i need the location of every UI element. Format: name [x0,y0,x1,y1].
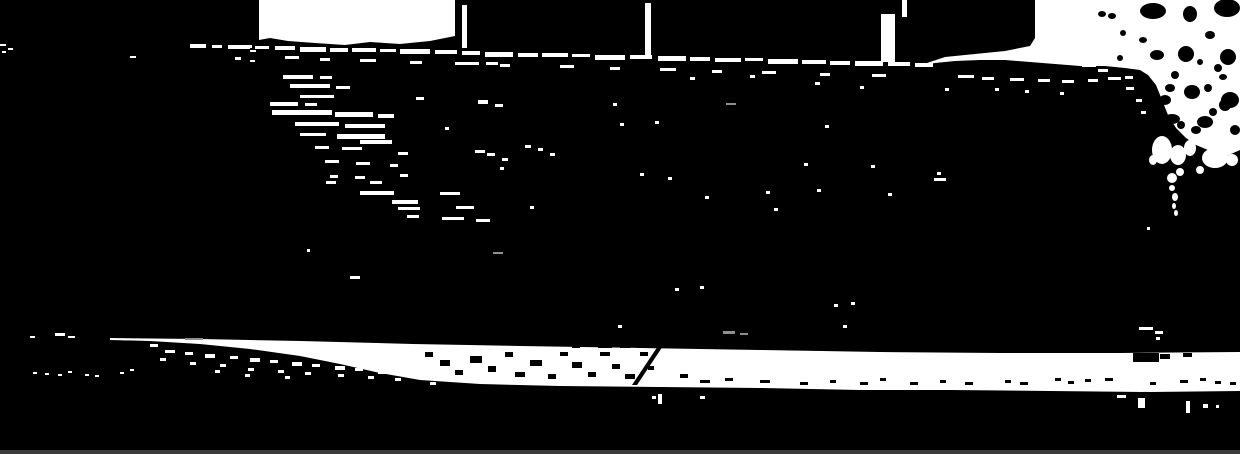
crest-highlight-dash [802,60,826,64]
face-streak [326,181,336,184]
band-hole [1180,380,1188,383]
rubble-patch [1226,154,1238,166]
rubble-patch [1170,145,1186,165]
face-streak [495,104,503,107]
left-edge-dash [85,374,89,376]
crest-secondary-dash [320,58,330,61]
face-streak [300,133,326,136]
noise-speck [860,86,864,89]
gray-dash [493,252,503,254]
crest-secondary-dash [560,65,574,68]
band-hole [470,356,482,363]
noise-speck [825,125,829,128]
face-streak [290,84,330,88]
face-streak [390,164,398,167]
band-mottle-dot [312,364,320,367]
rubble-patch [1169,185,1175,191]
crest-secondary-dash [610,67,620,70]
rubble-rock [1108,13,1116,19]
noise-speck [871,165,875,168]
band-mottle-dot [160,358,166,361]
noise-speck [750,75,755,78]
band-hole [455,370,463,375]
noise-speck [843,325,847,328]
face-streak [295,122,339,126]
crest-highlight-dash [915,63,933,67]
noise-speck [640,173,644,176]
slope-highlight-dash [1125,76,1133,79]
band-hole [725,378,733,381]
slope-highlight-dash [1060,92,1064,95]
band-mottle-dot [190,362,196,365]
noise-speck [550,153,555,156]
rubble-rock [1159,95,1171,105]
crest-highlight-dash [768,59,798,64]
noise-speck [445,127,449,130]
slope-highlight-dash [945,88,949,91]
slope-highlight-dash [1010,78,1024,81]
crest-highlight-dash [380,49,396,52]
pole-line [881,14,895,62]
slope-highlight-dash [995,88,999,91]
band-hole [860,382,868,385]
face-streak [487,153,495,156]
crest-highlight-dash [300,47,326,52]
noise-speck [1147,227,1150,230]
crest-highlight-dash [715,58,741,62]
crest-highlight-dash [542,53,568,57]
band-hole [620,345,630,348]
band-hole [1020,382,1028,385]
rubble-rock [1230,125,1240,135]
face-streak [305,103,317,106]
band-hole [600,352,610,356]
rubble-rock [1139,37,1147,43]
left-edge-dash [58,374,62,376]
rubble-rock [1219,99,1231,111]
rubble-rock [1177,121,1185,129]
face-streak [442,217,464,220]
rubble-patch [1174,210,1178,216]
face-streak [400,174,408,177]
crest-highlight-dash [690,57,710,61]
slope-highlight-dash [1126,87,1134,90]
band-hole [760,380,770,383]
rubble-rock [1204,84,1212,92]
face-streak [342,147,362,150]
below-band-mark [1203,404,1208,408]
rubble-rock [1220,49,1236,65]
crest-secondary-dash [410,61,422,64]
band-hole [625,374,635,379]
band-mottle-dot [292,362,302,366]
below-band-mark [1216,405,1219,408]
face-streak [476,219,490,222]
sky-gap [259,0,455,45]
noise-speck [690,77,695,80]
rubble-patch [1172,203,1176,209]
crest-secondary-dash [762,71,776,74]
band-hole [965,382,973,385]
crest-secondary-dash [872,74,886,77]
band-hole [515,372,525,377]
left-edge-dash [130,369,134,371]
gray-dash [726,103,736,105]
face-streak [475,150,485,153]
noise-speck [815,82,820,85]
band-hole [488,366,496,372]
rubble-rock [1191,126,1201,134]
band-hole [560,352,568,356]
face-streak [325,160,339,163]
rubble-rock [1120,30,1126,36]
crest-highlight-dash [255,46,269,49]
rubble-rock [1214,64,1222,72]
band-mottle-dot [368,376,374,379]
rubble-rock [1098,11,1106,17]
band-hole [505,352,513,357]
crest-highlight-dash [190,44,206,48]
left-edge-dash [0,44,6,46]
crest-highlight-dash [435,50,457,54]
bottom-border [0,450,1240,454]
rubble-rock [1165,84,1175,92]
face-streak [356,162,370,165]
crest-highlight-dash [330,48,348,52]
rubble-rock [1117,55,1123,61]
band-hole [1005,380,1011,383]
band-hole [1150,382,1156,385]
noise-speck [851,302,855,305]
noise-speck [655,121,659,124]
band-mottle-dot [245,374,250,377]
rubble-patch [1184,140,1196,156]
noise-speck [538,148,543,151]
crest-secondary-dash [660,68,676,71]
rubble-rock [1178,46,1194,62]
band-mottle-dot [430,382,436,385]
crest-highlight-dash [235,57,241,60]
rubble-rock [1171,71,1179,79]
band-hole [940,380,946,383]
band-hole [640,352,648,356]
below-band-mark [1186,401,1190,413]
band-mottle-dot [230,356,238,359]
noise-speck [613,103,617,106]
gray-dash [723,331,735,334]
rubble-rock [1209,108,1217,116]
face-streak [345,124,385,128]
left-edge-dash [68,371,72,373]
band-hole [440,360,450,366]
noise-speck [937,172,941,175]
crest-secondary-dash [500,64,510,67]
rubble-patch [1167,173,1177,183]
band-hole [588,372,596,377]
crest-highlight-dash [745,58,763,61]
slope-highlight-dash [958,75,974,78]
crest-highlight-dash [352,48,376,52]
noise-speck [525,145,531,148]
face-streak [478,100,488,104]
slope-highlight-dash [1062,80,1074,83]
band-hole [1183,353,1192,357]
below-band-mark [658,394,662,404]
rubble-rock [1148,96,1156,102]
band-hole [800,382,808,385]
noise-speck [804,163,808,166]
image-canvas [0,0,1240,454]
face-streak [337,134,385,139]
face-streak [330,175,338,178]
band-hole [572,345,580,348]
binarized-photograph [0,0,1240,454]
below-band-mark [1138,398,1145,408]
left-edge-dash [30,336,35,338]
face-streak [336,86,350,89]
rubble-patch [1149,155,1157,165]
noise-speck [1155,331,1163,334]
rubble-patch [1172,193,1178,201]
crest-highlight-dash [830,61,850,65]
face-streak [360,140,392,144]
slope-highlight-dash [1088,79,1098,82]
face-streak [370,181,382,184]
crest-highlight-dash [485,52,513,57]
left-edge-dash [33,372,37,374]
face-streak [283,75,313,79]
band-hole [1055,378,1061,381]
rubble-patch [1202,148,1228,168]
band-mottle-dot [250,358,260,362]
noise-speck [668,177,672,180]
face-streak [440,192,460,195]
slope-highlight-dash [1082,64,1096,67]
left-edge-dash [8,48,13,50]
gray-dash [185,338,203,340]
rubble-rock [1219,74,1227,80]
band-hole [910,382,918,385]
face-streak [456,206,474,209]
rubble-rock [1150,50,1164,60]
face-streak [463,62,479,65]
band-mottle-dot [150,344,158,347]
left-edge-dash [242,45,252,48]
left-edge-dash [95,375,99,377]
noise-speck [1156,337,1160,340]
band-hole [830,380,836,383]
face-streak [355,176,365,179]
face-streak [378,114,394,118]
band-hole [1160,354,1170,359]
band-mottle-dot [355,368,363,371]
below-band-mark [652,396,656,399]
band-hole [425,352,433,357]
band-mottle-dot [215,370,220,373]
crest-highlight-dash [250,60,255,62]
noise-speck [307,249,310,252]
rubble-rock [1140,3,1166,19]
slope-highlight-dash [982,77,994,80]
noise-speck [888,193,892,196]
rubble-patch [1196,166,1204,174]
band-mottle-dot [270,360,278,363]
rubble-rock [1183,6,1197,22]
crest-highlight-dash [855,61,883,66]
crest-highlight-dash [518,53,538,57]
band-mottle-dot [205,354,215,358]
slope-highlight-dash [1113,77,1121,80]
left-edge-dash [45,373,49,375]
noise-speck [500,167,504,170]
noise-speck [1139,327,1153,330]
noise-speck [618,325,622,328]
slope-highlight-dash [1141,111,1146,114]
band-mottle-dot [248,368,254,371]
crest-secondary-dash [712,70,722,73]
noise-speck [530,206,534,209]
band-mottle-dot [395,378,401,381]
band-hole [612,364,620,369]
noise-speck [620,123,624,126]
slope-highlight-dash [1038,79,1050,82]
face-streak [335,112,373,117]
gray-dash [740,333,748,335]
left-edge-dash [120,372,124,374]
slope-highlight-dash [1136,99,1142,102]
noise-speck [774,208,778,211]
face-streak [300,95,334,98]
band-mottle-dot [378,370,388,374]
band-mottle-dot [338,374,344,377]
crest-secondary-dash [360,59,376,62]
band-hole [1215,381,1221,384]
rubble-rock [1184,85,1200,99]
band-hole [1085,379,1091,382]
crest-highlight-dash [888,62,910,66]
band-hole [1230,382,1236,385]
slope-highlight-dash [1025,90,1029,93]
noise-speck [934,178,946,181]
band-hole [530,360,542,366]
left-edge-dash [2,51,6,53]
face-streak [270,102,298,106]
band-hole [1068,381,1074,384]
noise-speck [766,191,770,194]
crest-secondary-dash [285,56,299,59]
crest-highlight-dash [658,56,686,61]
band-mottle-dot [220,364,226,367]
band-mottle-dot [335,366,345,370]
rubble-patch [1176,168,1184,176]
band-mottle-dot [420,376,428,380]
slope-highlight-dash [1098,69,1108,72]
face-streak [407,215,419,218]
band-hole [1105,378,1113,381]
rubble-rock [1197,59,1203,65]
band-hole [598,345,612,348]
crest-highlight-dash [400,49,430,54]
band-hole [1200,378,1206,381]
left-edge-dash [68,336,75,338]
rubble-rock [1197,116,1213,128]
rubble-rock [1205,31,1215,39]
face-streak [360,191,394,195]
noise-speck [834,304,838,307]
crest-highlight-dash [275,46,295,50]
face-streak [502,158,508,161]
face-streak [315,146,329,149]
pole-line [462,5,467,48]
below-band-mark [700,396,705,399]
face-streak [272,110,332,115]
band-hole [680,374,688,378]
face-streak [320,76,332,79]
face-streak [398,152,408,155]
band-mottle-dot [305,372,311,375]
noise-speck [350,276,360,279]
left-edge-dash [55,333,65,336]
band-hole [880,378,886,381]
crest-highlight-dash [572,54,590,57]
pole-line [902,0,907,17]
band-hole [700,380,710,383]
noise-speck [705,196,709,199]
left-edge-dash [250,50,256,52]
band-hole [572,362,582,368]
noise-speck [700,286,704,289]
crest-secondary-dash [820,73,830,76]
band-hole [548,374,556,379]
crest-highlight-dash [462,51,480,55]
noise-speck [675,288,679,291]
band-mottle-dot [398,372,406,375]
rubble-rock [1164,114,1180,124]
face-streak [398,207,420,210]
pole-line [645,3,651,57]
band-mottle-dot [165,350,175,353]
band-mottle-dot [278,370,284,373]
crest-highlight-dash [212,45,222,48]
face-streak [392,200,418,204]
crest-highlight-dash [595,55,625,60]
left-edge-dash [130,56,136,58]
noise-speck [817,189,821,192]
noise-speck [416,97,424,100]
below-band-mark [1117,395,1126,398]
band-hole [1133,353,1159,362]
face-streak [486,62,498,65]
band-mottle-dot [185,352,193,355]
band-mottle-dot [285,376,290,379]
